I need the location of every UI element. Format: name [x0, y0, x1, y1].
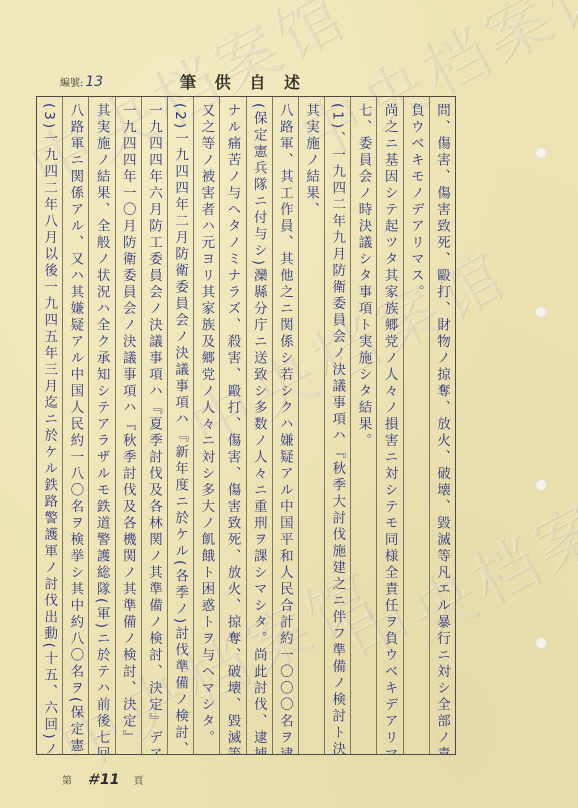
column-text: 問、傷害、傷害致死、毆打、財物ノ掠奪、放火、破壊、毀滅等凡エル暴行ニ対シ全部ノ責… [430, 103, 455, 748]
column-text: 一九四四年一〇月防衛委員会ノ決議事項ハ『秋季討伐及各機関ノ其準備ノ検討、決定』 [116, 103, 141, 748]
document-number-value: 13 [85, 74, 103, 90]
manuscript-column: (保定憲兵隊ニ付与シ)灤縣分庁ニ送致シ多数ノ人々ニ重刑ヲ課シマシタ。尚此討伐、逮… [246, 97, 272, 754]
page-title: 筆 供 自 述 [180, 70, 300, 93]
column-text: (2)一九四四年二月防衛委員会ノ決議事項ハ『新年度ニ於ケル(各季ノ)討伐準備ノ検… [168, 103, 193, 748]
title-char: 筆 [180, 70, 196, 93]
document-page: 中央档案馆 中央档案馆 中央档案馆 中央档案馆 中央档案馆 編號:13 筆 供 … [0, 0, 578, 808]
manuscript-column: (1)、一九四二年九月防衛委員会ノ決議事項ハ『秋季大討伐施建之ニ伴フ準備ノ検討ト… [324, 97, 350, 754]
title-char: 述 [284, 70, 300, 93]
column-text: 負ウベキモノデアリマス。 [404, 103, 429, 748]
page-number: 第 ＃11 頁 [62, 769, 143, 789]
manuscript-column: 一九四四年一〇月防衛委員会ノ決議事項ハ『秋季討伐及各機関ノ其準備ノ検討、決定』 [115, 97, 141, 754]
manuscript-column: 一九四四年六月防工委員会ノ決議事項ハ『夏季討伐及各林関ノ其準備ノ検討、決定』デア… [141, 97, 167, 754]
column-text: 其実施ノ結果、全般ノ状況ハ全ク承知シテアラザルモ鉄道警護総隊(軍)ニ於テハ前後七… [89, 103, 114, 748]
manuscript-column: (2)一九四四年二月防衛委員会ノ決議事項ハ『新年度ニ於ケル(各季ノ)討伐準備ノ検… [167, 97, 193, 754]
manuscript-column: 問、傷害、傷害致死、毆打、財物ノ掠奪、放火、破壊、毀滅等凡エル暴行ニ対シ全部ノ責… [429, 97, 455, 754]
column-text: 又之等ノ被害者ハ元ヨリ其家族及郷党ノ人々ニ対シ多大ノ飢餓ト困惑トヲ与ヘマシタ。 [194, 103, 219, 748]
punch-hole [535, 479, 547, 491]
page-number-prefix: 第 [62, 772, 72, 787]
page-number-suffix: 頁 [133, 772, 143, 787]
column-text: ナル痛苦ノ与ヘタノミナラズ、殺害、毆打、傷害、傷害致死、放火、掠奪、破壊、毀滅等… [220, 103, 245, 748]
punch-hole [535, 306, 547, 318]
manuscript-column: 其実施ノ結果、全般ノ状況ハ全ク承知シテアラザルモ鉄道警護総隊(軍)ニ於テハ前後七… [88, 97, 114, 754]
document-number-label: 編號: [60, 78, 83, 89]
page-number-value: ＃11 [86, 769, 119, 789]
column-text: 一九四四年六月防工委員会ノ決議事項ハ『夏季討伐及各林関ノ其準備ノ検討、決定』デア… [142, 103, 167, 748]
column-text: 其実施ノ結果、 [299, 103, 324, 748]
punch-hole [535, 637, 547, 649]
manuscript-column: 八路軍ニ関係アル、又ハ其嫌疑アル中国人民約一八〇名ヲ検挙シ其中約八〇名ヲ(保定憲… [62, 97, 88, 754]
manuscript-column: 尚之ニ基因シテ起ツタ其家族郷党ノ人々ノ損害ニ対シテモ同様全責任ヲ負ウベキデアリマ… [376, 97, 402, 754]
manuscript-column: 又之等ノ被害者ハ元ヨリ其家族及郷党ノ人々ニ対シ多大ノ飢餓ト困惑トヲ与ヘマシタ。 [193, 97, 219, 754]
title-char: 自 [249, 70, 265, 93]
manuscript-column: 負ウベキモノデアリマス。 [403, 97, 429, 754]
manuscript-grid: 問、傷害、傷害致死、毆打、財物ノ掠奪、放火、破壊、毀滅等凡エル暴行ニ対シ全部ノ責… [36, 96, 456, 755]
column-text: 尚之ニ基因シテ起ツタ其家族郷党ノ人々ノ損害ニ対シテモ同様全責任ヲ負ウベキデアリマ… [377, 103, 402, 748]
manuscript-column: 八路軍、其工作員、其他之ニ関係シ若シクハ嫌疑アル中国平和人民合計約一〇〇〇名ヲ逮… [272, 97, 298, 754]
punch-hole [535, 147, 547, 159]
column-text: 八路軍ニ関係アル、又ハ其嫌疑アル中国人民約一八〇名ヲ検挙シ其中約八〇名ヲ(保定憲… [63, 103, 88, 748]
manuscript-column: 七、委員会ノ時決議シタ事項ト実施シタ結果。 [350, 97, 376, 754]
column-text: 七、委員会ノ時決議シタ事項ト実施シタ結果。 [351, 103, 376, 748]
column-text: (保定憲兵隊ニ付与シ)灤縣分庁ニ送致シ多数ノ人々ニ重刑ヲ課シマシタ。尚此討伐、逮… [247, 103, 272, 748]
manuscript-column: (3)一九四二年八月以後一九四五年三月迄ニ於ケル鉄路警護軍ノ討伐出動(十五、六回… [37, 97, 62, 754]
manuscript-column: ナル痛苦ノ与ヘタノミナラズ、殺害、毆打、傷害、傷害致死、放火、掠奪、破壊、毀滅等… [219, 97, 245, 754]
title-char: 供 [215, 70, 231, 93]
column-text: 八路軍、其工作員、其他之ニ関係シ若シクハ嫌疑アル中国平和人民合計約一〇〇〇名ヲ逮… [273, 103, 298, 748]
column-text: (1)、一九四二年九月防衛委員会ノ決議事項ハ『秋季大討伐施建之ニ伴フ準備ノ検討ト… [325, 103, 350, 748]
manuscript-column: 其実施ノ結果、 [298, 97, 324, 754]
document-number: 編號:13 [60, 74, 103, 90]
column-text: (3)一九四二年八月以後一九四五年三月迄ニ於ケル鉄路警護軍ノ討伐出動(十五、六回… [37, 103, 62, 748]
